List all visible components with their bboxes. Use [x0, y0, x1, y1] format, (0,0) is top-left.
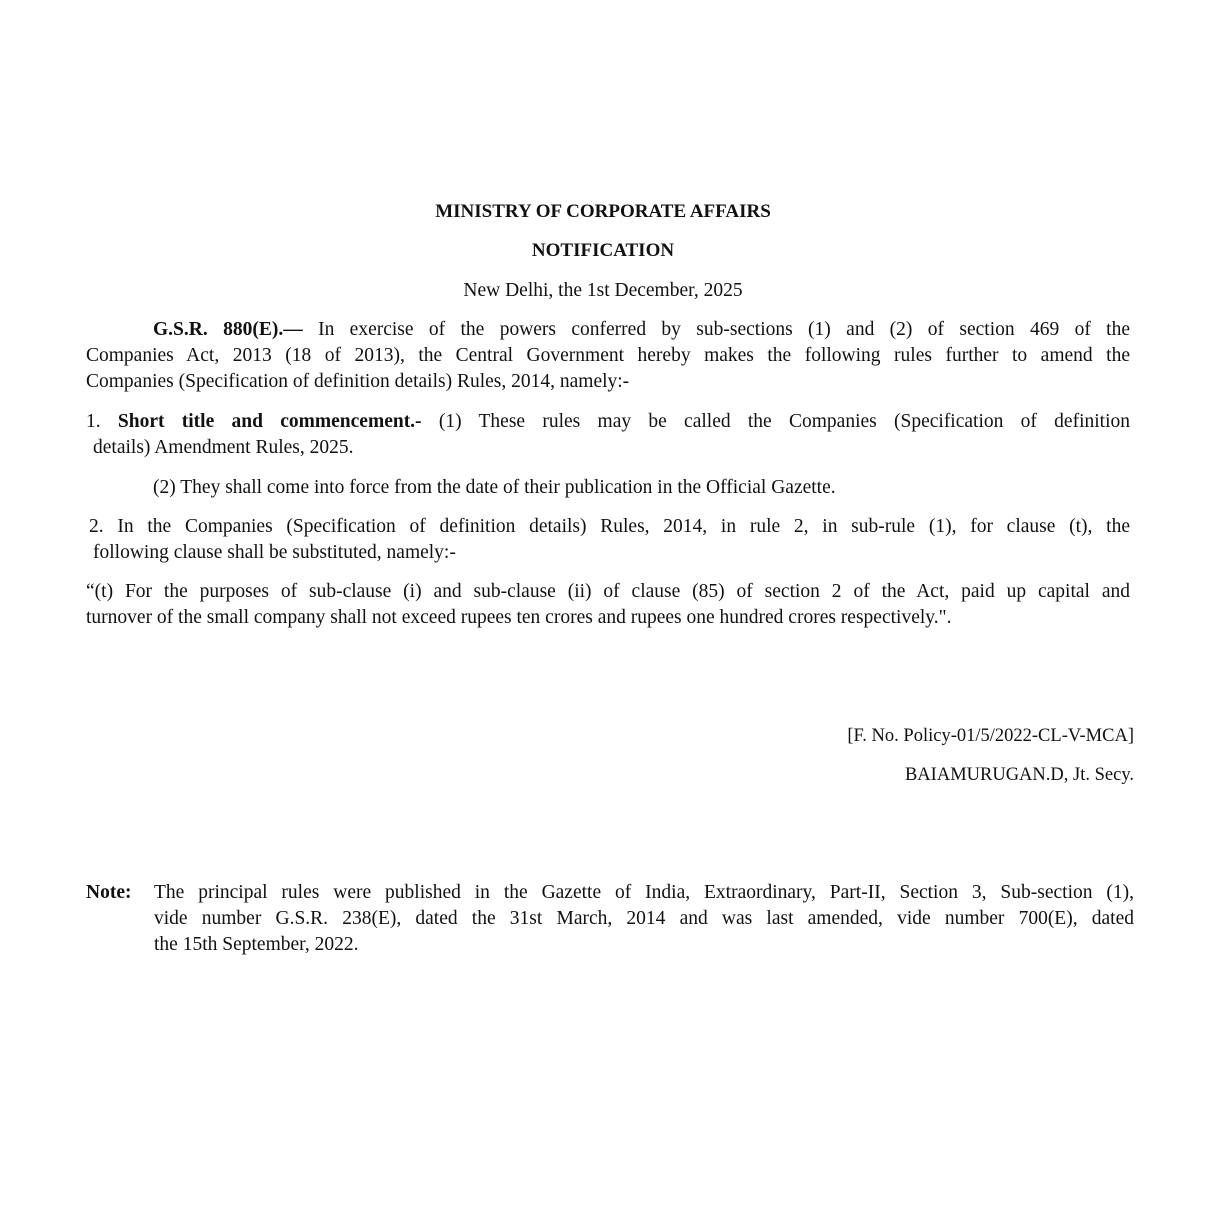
- preamble-line-1: G.S.R. 880(E).— In exercise of the power…: [153, 320, 1130, 340]
- rule-1-number: 1.: [86, 411, 101, 432]
- rule-1-line-2: details) Amendment Rules, 2025.: [93, 438, 354, 458]
- place-date: New Delhi, the 1st December, 2025: [0, 281, 1206, 301]
- rule-2-number: 2.: [89, 516, 104, 537]
- rule-2-line-1: 2. In the Companies (Specification of de…: [89, 517, 1130, 537]
- clause-t-line-2: turnover of the small company shall not …: [86, 608, 951, 628]
- note-line-2: vide number G.S.R. 238(E), dated the 31s…: [154, 909, 1134, 929]
- note-line-1: The principal rules were published in th…: [154, 883, 1134, 903]
- gsr-number: G.S.R. 880(E).—: [153, 319, 303, 340]
- rule-1-heading: Short title and commencement.-: [118, 411, 422, 432]
- preamble-line-3: Companies (Specification of definition d…: [86, 372, 629, 392]
- rule-2-line-2: following clause shall be substituted, n…: [93, 543, 456, 563]
- preamble-line-2: Companies Act, 2013 (18 of 2013), the Ce…: [86, 346, 1130, 366]
- note-line-3: the 15th September, 2022.: [154, 935, 358, 955]
- ministry-heading: MINISTRY OF CORPORATE AFFAIRS: [0, 202, 1206, 221]
- clause-t-line-1: “(t) For the purposes of sub-clause (i) …: [86, 582, 1130, 602]
- signatory: BAIAMURUGAN.D, Jt. Secy.: [905, 766, 1134, 785]
- rule-1-subrule-2: (2) They shall come into force from the …: [153, 478, 836, 498]
- file-number: [F. No. Policy-01/5/2022-CL-V-MCA]: [847, 727, 1134, 746]
- note-label: Note:: [86, 883, 131, 903]
- rule-1-line-1: 1. Short title and commencement.- (1) Th…: [86, 412, 1130, 432]
- notification-heading: NOTIFICATION: [0, 241, 1206, 260]
